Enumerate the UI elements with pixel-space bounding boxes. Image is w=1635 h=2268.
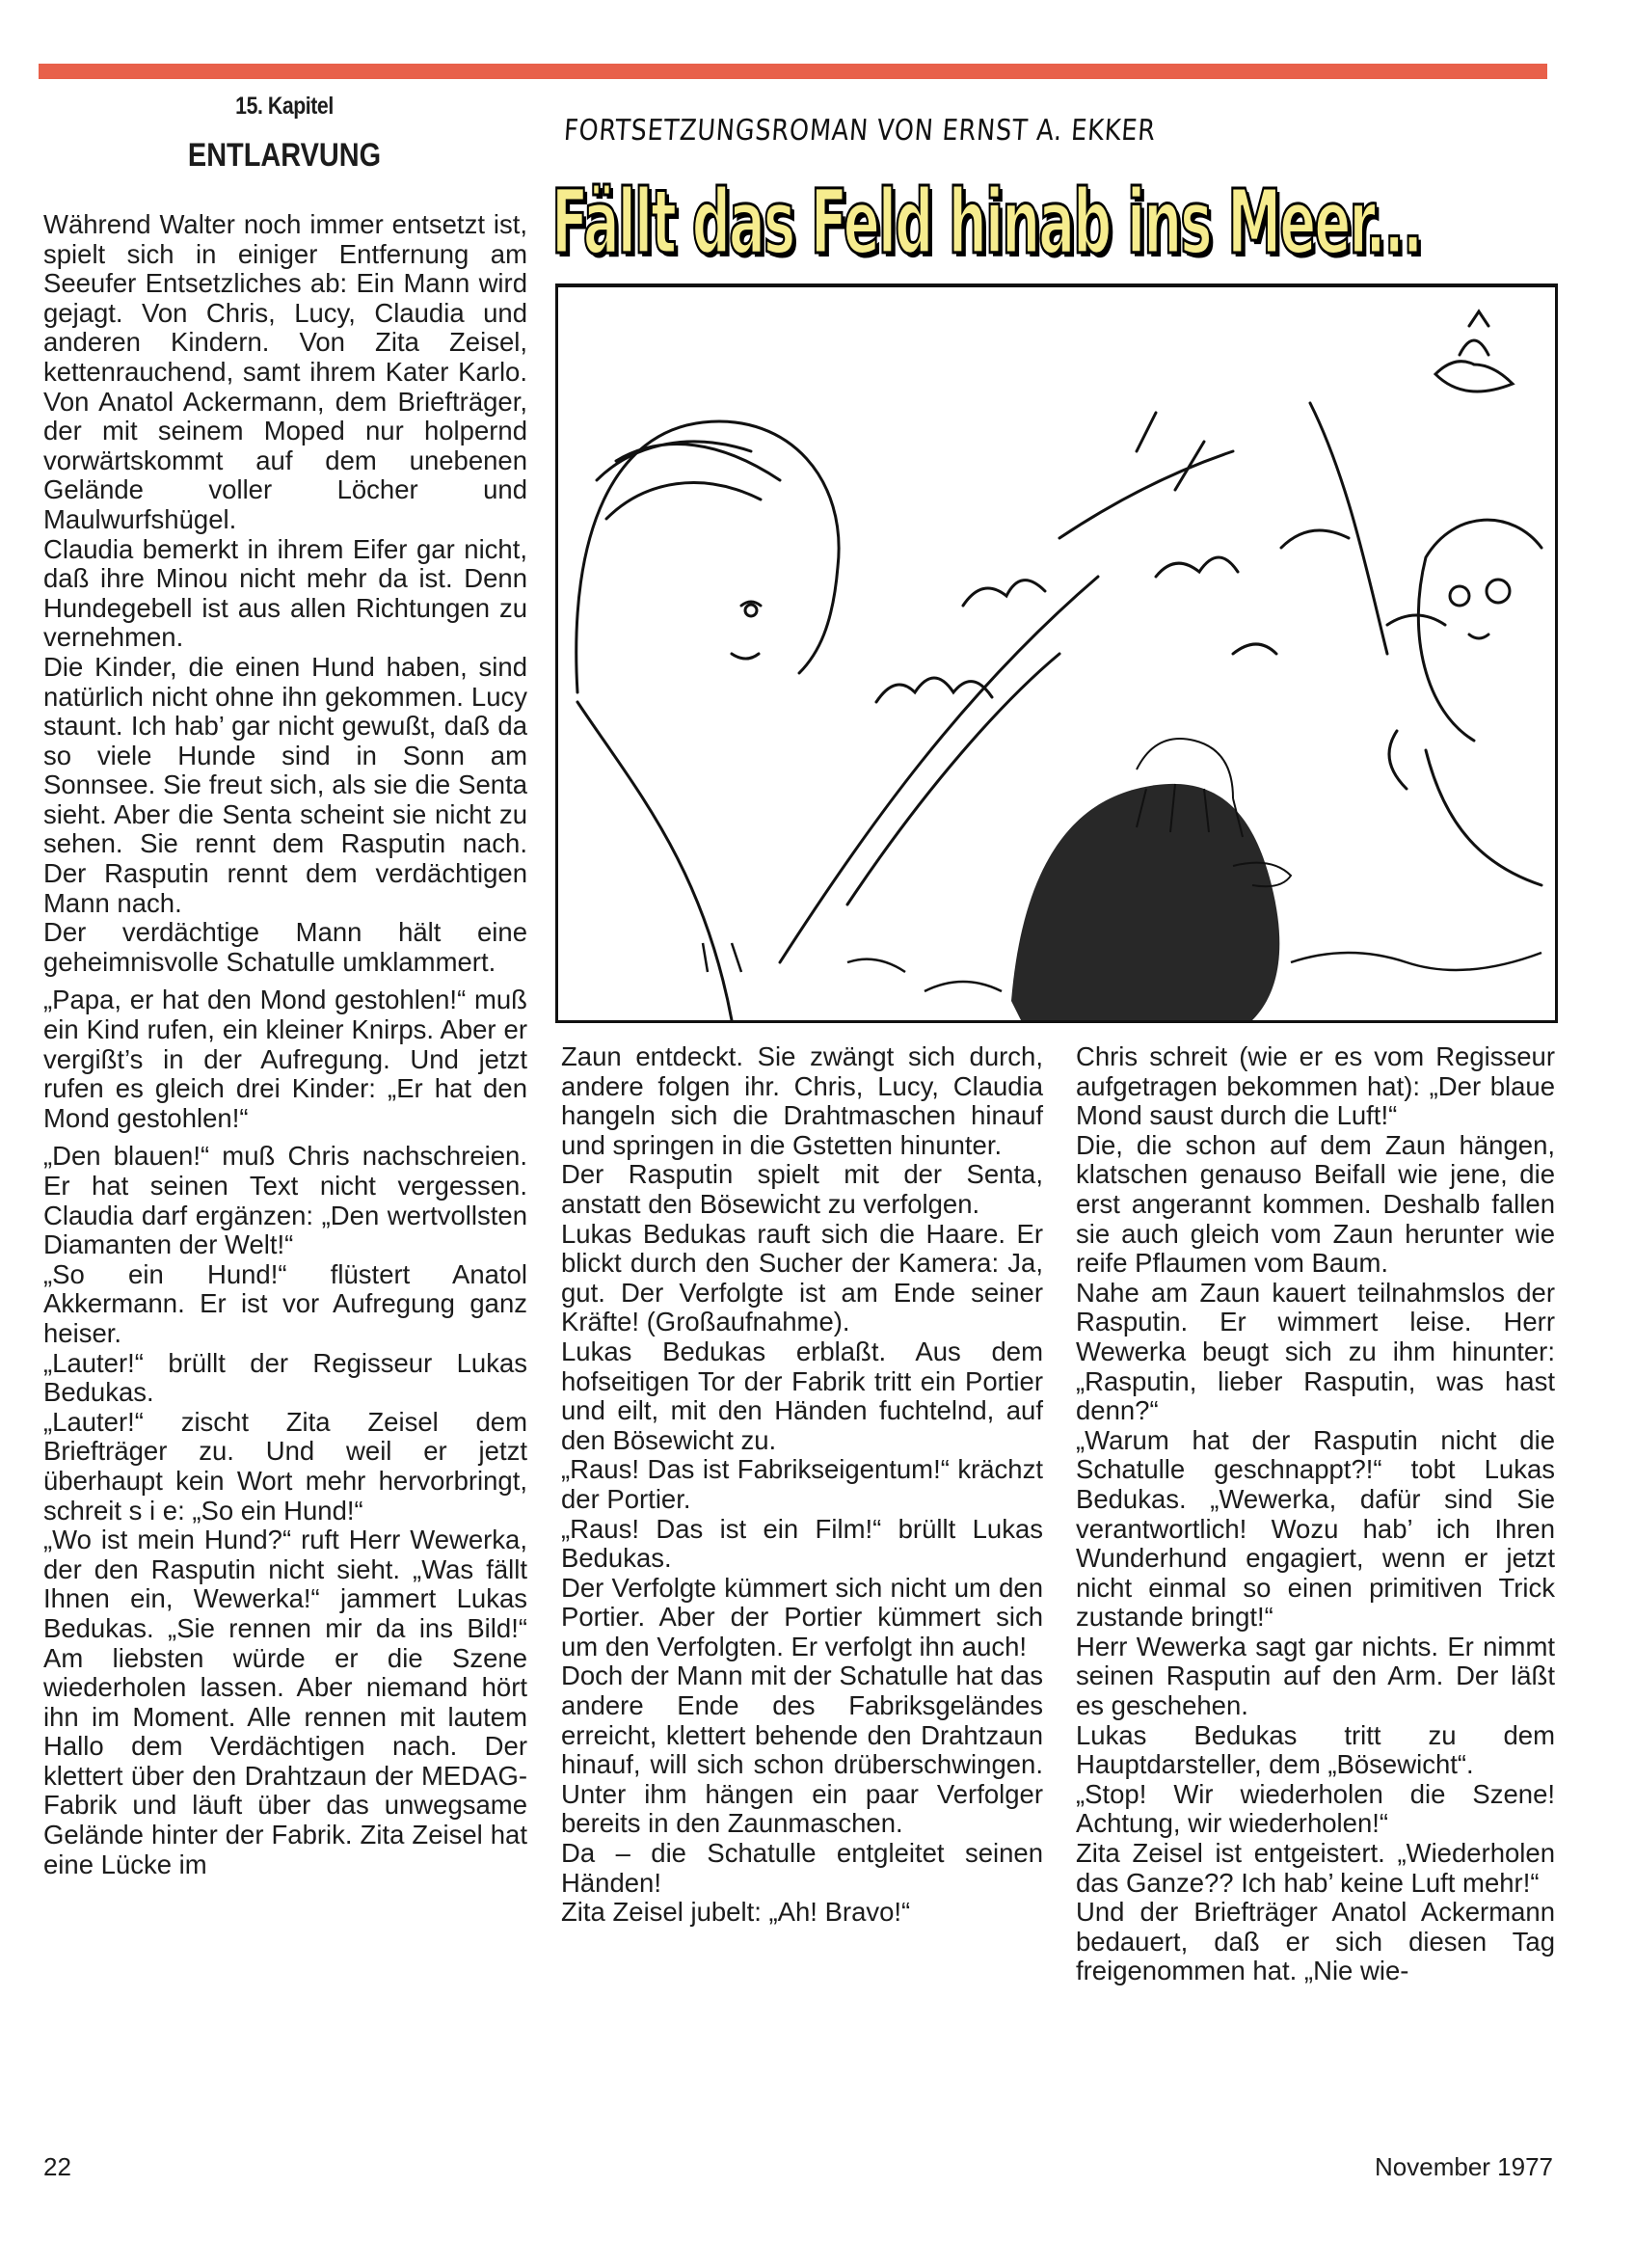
- text-column-right: Chris schreit (wie er es vom Regisseur a…: [1076, 1042, 1555, 1986]
- paragraph: „Papa, er hat den Mond gestohlen!“ muß e…: [43, 985, 527, 1133]
- text-column-left: Während Walter noch immer entsetzt ist, …: [43, 210, 527, 1879]
- paragraph: Der Rasputin spielt mit der Senta, ansta…: [561, 1160, 1043, 1219]
- text-column-middle: Zaun entdeckt. Sie zwängt sich durch, an…: [561, 1042, 1043, 1928]
- paragraph: Zita Zeisel ist entgeistert. „Wiederhole…: [1076, 1839, 1555, 1898]
- paragraph: „Wo ist mein Hund?“ ruft Herr Wewerka, d…: [43, 1525, 527, 1879]
- paragraph: Chris schreit (wie er es vom Regisseur a…: [1076, 1042, 1555, 1131]
- paragraph: Da – die Schatulle entgleitet seinen Hän…: [561, 1839, 1043, 1898]
- paragraph: Die Kinder, die einen Hund haben, sind n…: [43, 653, 527, 918]
- story-title: Fällt das Feld hinab ins Meer...: [551, 178, 1421, 267]
- chapter-number: 15. Kapitel: [80, 93, 490, 121]
- story-illustration: [555, 283, 1558, 1023]
- page-number: 22: [43, 2152, 71, 2182]
- paragraph: „Warum hat der Rasputin nicht die Schatu…: [1076, 1426, 1555, 1633]
- paragraph: Zaun entdeckt. Sie zwängt sich durch, an…: [561, 1042, 1043, 1160]
- paragraph: Lukas Bedukas tritt zu dem Hauptdarstell…: [1076, 1721, 1555, 1780]
- paragraph: „Stop! Wir wiederholen die Szene! Achtun…: [1076, 1780, 1555, 1839]
- paragraph: Der Verfolgte kümmert sich nicht um den …: [561, 1574, 1043, 1662]
- paragraph: Doch der Mann mit der Schatulle hat das …: [561, 1661, 1043, 1839]
- paragraph: Lukas Bedukas erblaßt. Aus dem hofseitig…: [561, 1337, 1043, 1455]
- paragraph: Nahe am Zaun kauert teilnahmslos der Ras…: [1076, 1279, 1555, 1426]
- paragraph: Herr Wewerka sagt gar nichts. Er nimmt s…: [1076, 1633, 1555, 1721]
- paragraph: „So ein Hund!“ flüstert Anatol Akkermann…: [43, 1260, 527, 1349]
- accent-bar: [39, 64, 1547, 79]
- paragraph: Claudia bemerkt in ihrem Eifer gar nicht…: [43, 535, 527, 653]
- chapter-title: ENTLARVUNG: [80, 137, 490, 175]
- paragraph: Und der Briefträger Anatol Ackermann bed…: [1076, 1898, 1555, 1986]
- paragraph: Die, die schon auf dem Zaun hängen, klat…: [1076, 1131, 1555, 1279]
- paragraph: „Den blauen!“ muß Chris nachschreien. Er…: [43, 1142, 527, 1259]
- issue-date: November 1977: [1375, 2152, 1553, 2182]
- paragraph: „Lauter!“ brüllt der Regisseur Lukas Bed…: [43, 1349, 527, 1408]
- paragraph: Zita Zeisel jubelt: „Ah! Bravo!“: [561, 1898, 1043, 1928]
- paragraph: „Raus! Das ist ein Film!“ brüllt Lukas B…: [561, 1515, 1043, 1574]
- paragraph: Der verdächtige Mann hält eine geheimnis…: [43, 918, 527, 977]
- byline: FORTSETZUNGSROMAN VON ERNST A. EKKER: [563, 114, 1157, 148]
- illustration-drawing-icon: [558, 287, 1555, 1020]
- paragraph: Während Walter noch immer entsetzt ist, …: [43, 210, 527, 535]
- paragraph: „Lauter!“ zischt Zita Zeisel dem Brieftr…: [43, 1408, 527, 1525]
- paragraph: „Raus! Das ist Fabrikseigentum!“ krächzt…: [561, 1455, 1043, 1514]
- paragraph: Lukas Bedukas rauft sich die Haare. Er b…: [561, 1220, 1043, 1337]
